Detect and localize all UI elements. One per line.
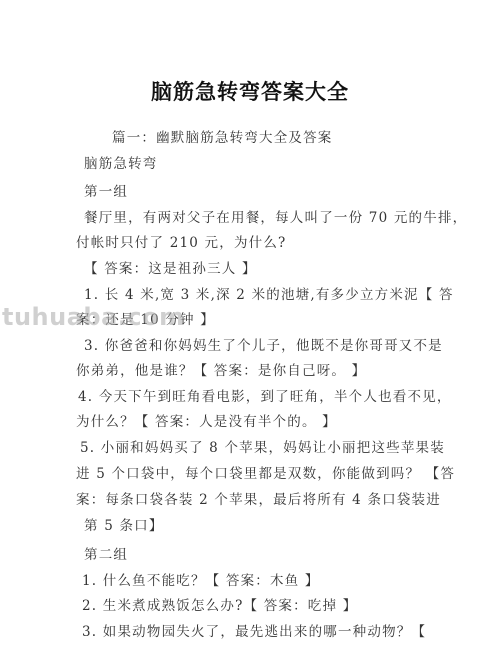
watermark: tuhuaba.com: [2, 303, 185, 331]
question-line: 1. 长 4 米,宽 3 米,深 2 米的池塘,有多少立方米泥【 答: [84, 283, 454, 303]
answer-line: 你弟弟，他是谁？【 答案：是你自己呀。 】: [76, 359, 366, 379]
answer-line: 案：每条口袋各装 2 个苹果，最后将所有 4 条口袋装进: [76, 488, 441, 508]
question-line: 3. 如果动物园失火了，最先逃出来的哪一种动物？【: [82, 620, 426, 640]
group-label: 第一组: [84, 180, 128, 200]
question-line: 付帐时只付了 210 元，为什么?: [76, 231, 287, 251]
answer-line: 【 答案：这是祖孙三人 】: [84, 257, 257, 277]
question-line: 3. 你爸爸和你妈妈生了个儿子，他既不是你哥哥又不是: [84, 334, 443, 354]
question-line: 5. 小丽和妈妈买了 8 个苹果，妈妈让小丽把这些苹果装: [80, 436, 445, 456]
section-heading: 篇一：幽默脑筋急转弯大全及答案: [112, 126, 333, 146]
question-line: 餐厅里，有两对父子在用餐，每人叫了一份 70 元的牛排，: [84, 206, 467, 226]
question-line: 4. 今天下午到旺角看电影，到了旺角，半个人也看不见，: [78, 385, 452, 405]
answer-line: 为什么？【 答案：人是没有半个的。 】: [76, 410, 337, 430]
page-title: 脑筋急转弯答案大全: [0, 76, 500, 106]
question-line: 1. 什么鱼不能吃？【 答案：木鱼 】: [82, 569, 320, 589]
answer-line: 第 5 条口】: [84, 514, 164, 534]
group-label: 第二组: [84, 543, 128, 563]
subheading: 脑筋急转弯: [84, 152, 158, 172]
question-line: 2. 生米煮成熟饭怎么办?【 答案：吃掉 】: [82, 594, 357, 614]
question-line: 进 5 个口袋中，每个口袋里都是双数，你能做到吗？ 【答: [76, 462, 455, 482]
